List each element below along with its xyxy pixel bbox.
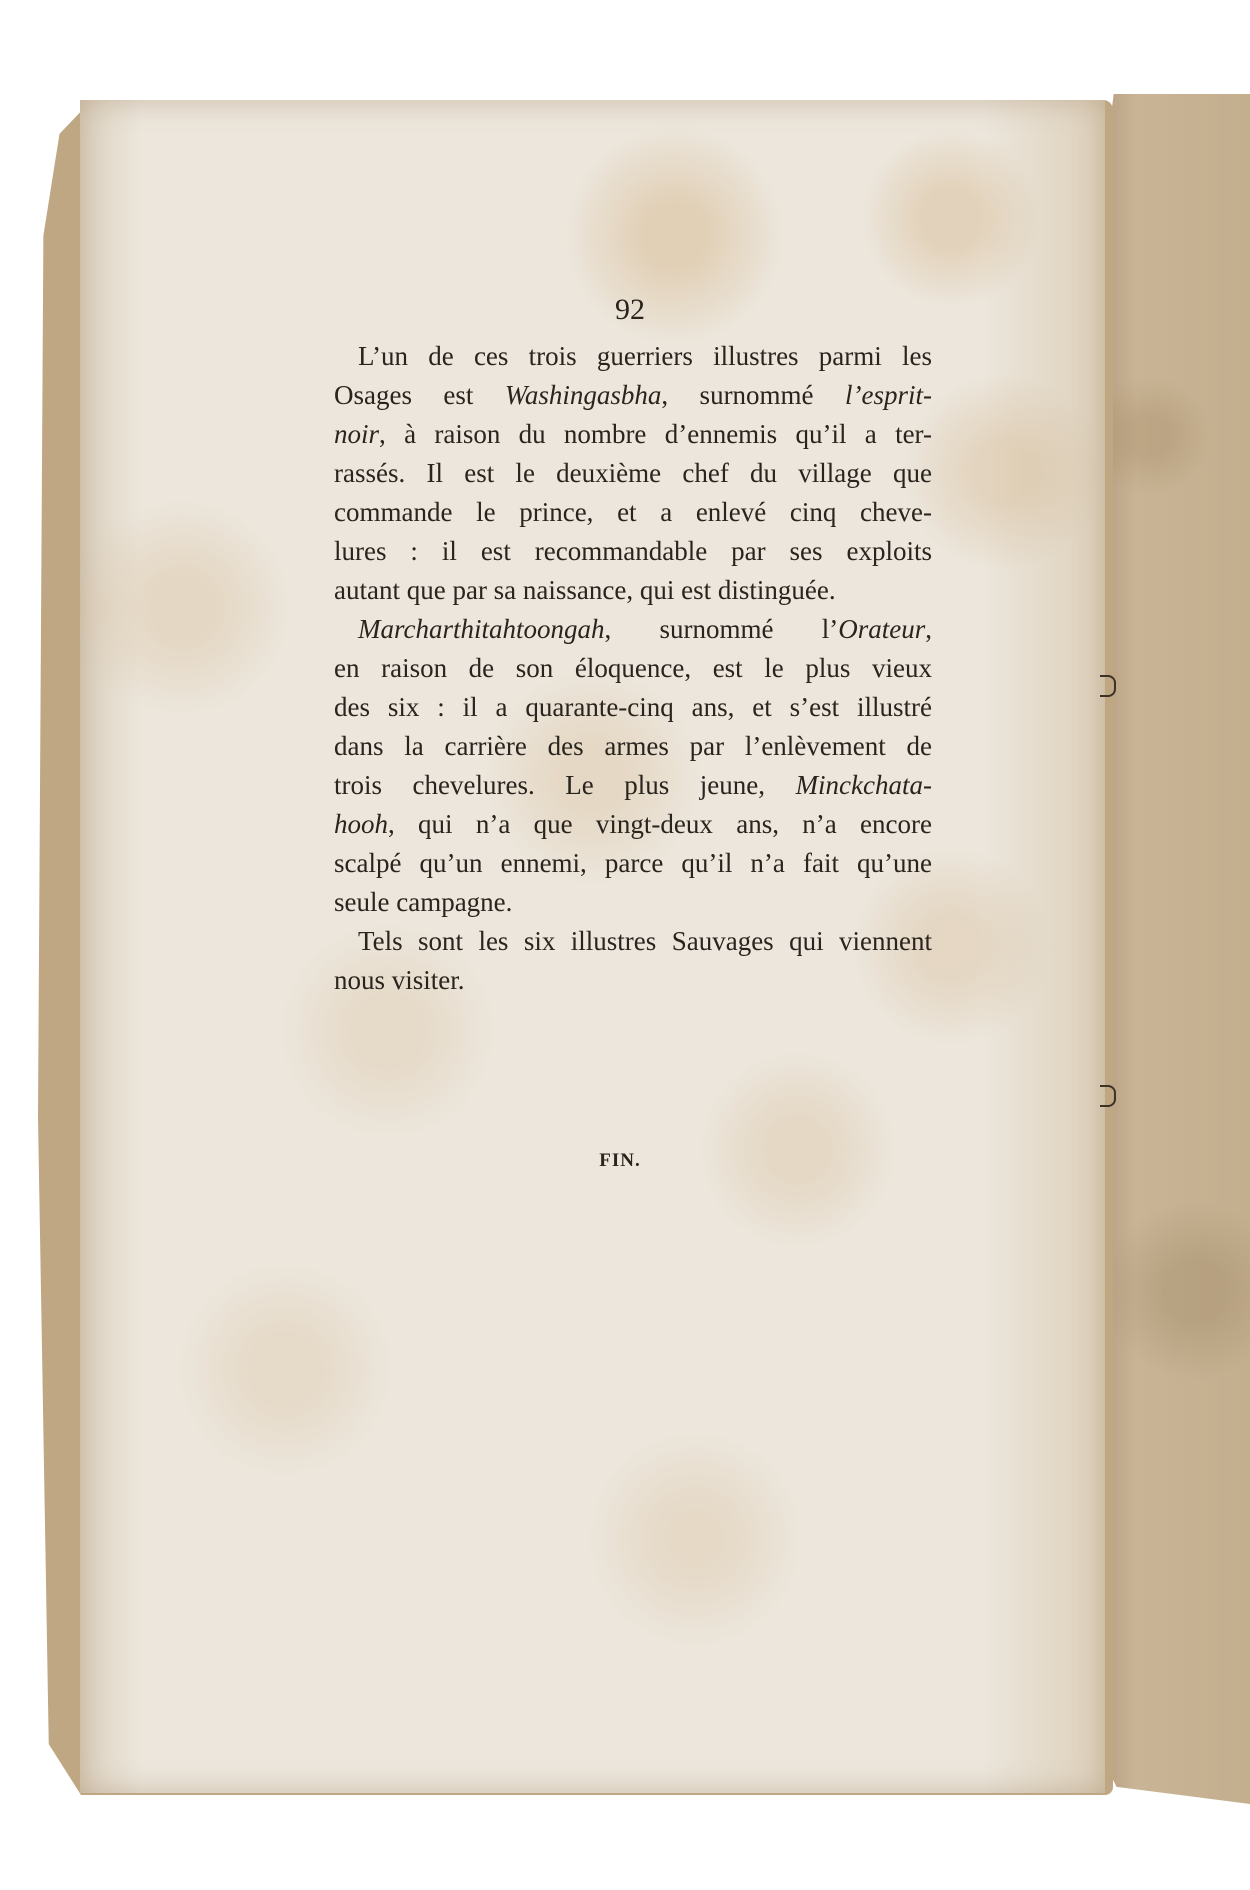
text-span: rassés. Il est le deuxième chef du villa…	[334, 458, 932, 488]
proper-name-italic: Marcharthitahtoongah	[358, 614, 605, 644]
text-span: , surnommé l’	[605, 614, 839, 644]
text-line: noir, à raison du nombre d’ennemis qu’il…	[334, 415, 932, 454]
text-line: en raison de son éloquence, est le plus …	[334, 649, 932, 688]
text-span: scalpé qu’un ennemi, parce qu’il n’a fai…	[334, 848, 932, 878]
text-line: Tels sont les six illustres Sauvages qui…	[334, 922, 932, 961]
epithet-italic: noir	[334, 419, 379, 449]
binding-thread-notch	[1100, 1085, 1116, 1107]
epithet-italic: l’esprit-	[845, 380, 932, 410]
proper-name-italic: Minckchata-	[796, 770, 932, 800]
text-span: L’un de ces trois guerriers illustres pa…	[358, 341, 932, 371]
text-line: seule campagne.	[334, 883, 932, 922]
text-line: commande le prince, et a enlevé cinq che…	[334, 493, 932, 532]
proper-name-italic: hooh	[334, 809, 388, 839]
page-number: 92	[610, 293, 650, 327]
text-span: Tels sont les six illustres Sauvages qui…	[358, 926, 932, 956]
text-span: des six : il a quarante-cinq ans, et s’e…	[334, 692, 932, 722]
text-line: des six : il a quarante-cinq ans, et s’e…	[334, 688, 932, 727]
text-span: nous visiter.	[334, 965, 465, 995]
text-span: , surnommé	[661, 380, 845, 410]
text-line: trois chevelures. Le plus jeune, Minckch…	[334, 766, 932, 805]
text-span: lures : il est recommandable par ses exp…	[334, 536, 932, 566]
text-line: nous visiter.	[334, 961, 932, 1000]
text-line: Osages est Washingasbha, surnommé l’espr…	[334, 376, 932, 415]
text-span: , qui n’a que vingt-deux ans, n’a encore	[388, 809, 932, 839]
end-mark: FIN.	[590, 1150, 650, 1172]
text-line: lures : il est recommandable par ses exp…	[334, 532, 932, 571]
text-span: seule campagne.	[334, 887, 512, 917]
proper-name-italic: Washingasbha	[505, 380, 662, 410]
epithet-italic: Orateur	[838, 614, 925, 644]
text-line: autant que par sa naissance, qui est dis…	[334, 571, 932, 610]
text-span: Osages est	[334, 380, 505, 410]
back-cover-page	[1108, 94, 1250, 1804]
text-line: dans la carrière des armes par l’enlèvem…	[334, 727, 932, 766]
text-span: trois chevelures. Le plus jeune,	[334, 770, 796, 800]
text-line: L’un de ces trois guerriers illustres pa…	[334, 337, 932, 376]
text-line: Marcharthitahtoongah, surnommé l’Orateur…	[334, 610, 932, 649]
text-line: rassés. Il est le deuxième chef du villa…	[334, 454, 932, 493]
text-span: commande le prince, et a enlevé cinq che…	[334, 497, 932, 527]
text-span: en raison de son éloquence, est le plus …	[334, 653, 932, 683]
text-span: , à raison du nombre d’ennemis qu’il a t…	[379, 419, 932, 449]
binding-thread-notch	[1100, 675, 1116, 697]
body-text: L’un de ces trois guerriers illustres pa…	[334, 337, 932, 1000]
text-span: ,	[925, 614, 932, 644]
text-span: dans la carrière des armes par l’enlèvem…	[334, 731, 932, 761]
text-line: hooh, qui n’a que vingt-deux ans, n’a en…	[334, 805, 932, 844]
text-span: autant que par sa naissance, qui est dis…	[334, 575, 836, 605]
text-line: scalpé qu’un ennemi, parce qu’il n’a fai…	[334, 844, 932, 883]
